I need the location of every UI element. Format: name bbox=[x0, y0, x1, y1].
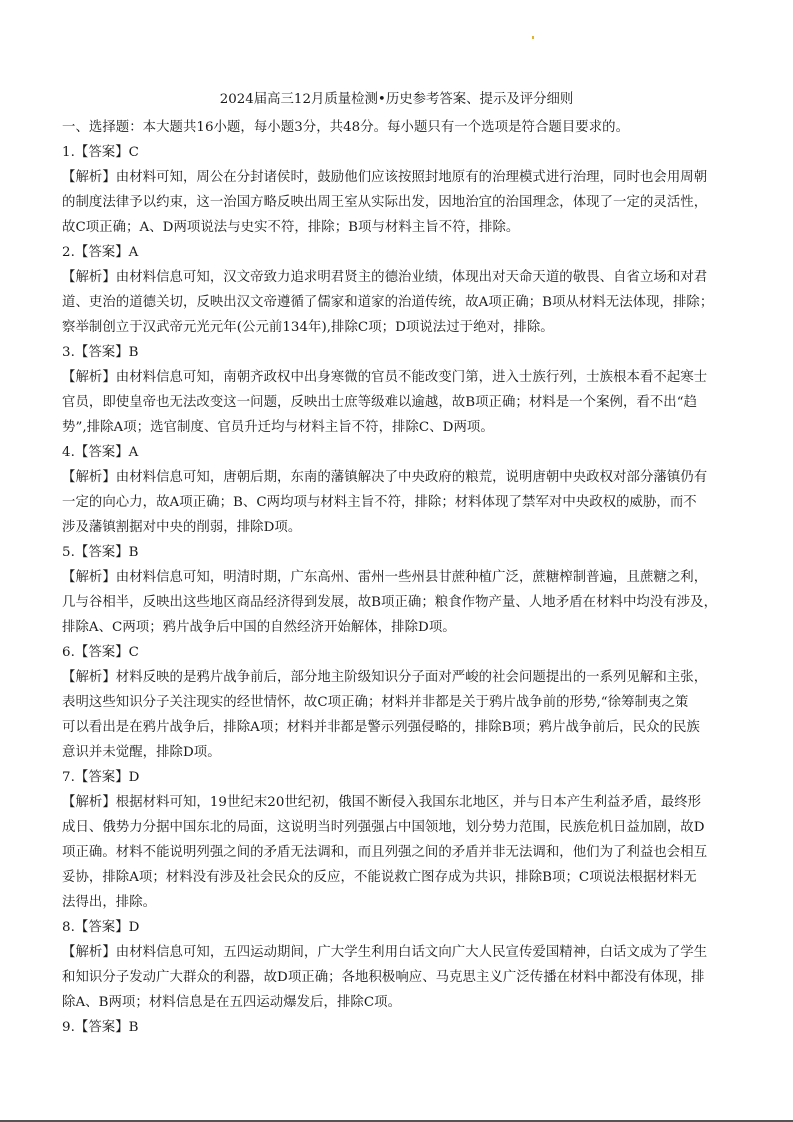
analysis-line: 表明这些知识分子关注现实的经世情怀，故C项正确；材料并非都是关于鸦片战争前的形势… bbox=[62, 690, 734, 715]
document-body: 一、选择题：本大题共16小题，每小题3分，共48分。每小题只有一个选项是符合题目… bbox=[62, 115, 734, 1040]
answer-label: 7.【答案】D bbox=[62, 765, 734, 790]
analysis-line: 除A、B两项；材料信息是在五四运动爆发后，排除C项。 bbox=[62, 990, 734, 1015]
section-header: 一、选择题：本大题共16小题，每小题3分，共48分。每小题只有一个选项是符合题目… bbox=[62, 115, 734, 140]
question-2: 2.【答案】A 【解析】由材料信息可知，汉文帝致力追求明君贤主的德治业绩，体现出… bbox=[62, 240, 734, 340]
question-8: 8.【答案】D 【解析】由材料信息可知，五四运动期间，广大学生利用白话文向广大人… bbox=[62, 915, 734, 1015]
answer-label: 6.【答案】C bbox=[62, 640, 734, 665]
answer-label: 4.【答案】A bbox=[62, 440, 734, 465]
analysis-line: 的制度法律予以约束，这一治国方略反映出周王室从实际出发，因地治宜的治国理念，体现… bbox=[62, 190, 734, 215]
analysis-line: 【解析】由材料信息可知，汉文帝致力追求明君贤主的德治业绩，体现出对天命天道的敬畏… bbox=[62, 265, 734, 290]
analysis-line: 察举制创立于汉武帝元光元年(公元前134年),排除C项；D项说法过于绝对，排除。 bbox=[62, 315, 734, 340]
question-9: 9.【答案】B bbox=[62, 1015, 734, 1040]
question-1: 1.【答案】C 【解析】由材料可知，周公在分封诸侯时，鼓励他们应该按照封地原有的… bbox=[62, 140, 734, 240]
document-title: 2024届高三12月质量检测•历史参考答案、提示及评分细则 bbox=[0, 91, 793, 109]
analysis-line: 官员，即使皇帝也无法改变这一问题，反映出士庶等级难以逾越，故B项正确；材料是一个… bbox=[62, 390, 734, 415]
question-5: 5.【答案】B 【解析】由材料信息可知，明清时期，广东高州、雷州一些州县甘蔗种植… bbox=[62, 540, 734, 640]
answer-label: 1.【答案】C bbox=[62, 140, 734, 165]
analysis-line: 【解析】由材料信息可知，明清时期，广东高州、雷州一些州县甘蔗种植广泛，蔗糖榨制普… bbox=[62, 565, 734, 590]
analysis-line: 成日、俄势力分据中国东北的局面，这说明当时列强强占中国领地，划分势力范围，民族危… bbox=[62, 815, 734, 840]
analysis-line: 可以看出是在鸦片战争后，排除A项；材料并非都是警示列强侵略的，排除B项；鸦片战争… bbox=[62, 715, 734, 740]
analysis-line: 【解析】由材料可知，周公在分封诸侯时，鼓励他们应该按照封地原有的治理模式进行治理… bbox=[62, 165, 734, 190]
analysis-line: 妥协，排除A项；材料没有涉及社会民众的反应，不能说救亡图存成为共识，排除B项；C… bbox=[62, 865, 734, 890]
answer-label: 3.【答案】B bbox=[62, 340, 734, 365]
analysis-line: 【解析】由材料信息可知，五四运动期间，广大学生利用白话文向广大人民宣传爱国精神，… bbox=[62, 940, 734, 965]
analysis-line: 一定的向心力，故A项正确；B、C两均项与材料主旨不符，排除；材料体现了禁军对中央… bbox=[62, 490, 734, 515]
analysis-line: 故C项正确；A、D两项说法与史实不符，排除；B项与材料主旨不符，排除。 bbox=[62, 215, 734, 240]
question-4: 4.【答案】A 【解析】由材料信息可知，唐朝后期，东南的藩镇解决了中央政府的粮荒… bbox=[62, 440, 734, 540]
analysis-line: 【解析】根据材料可知，19世纪末20世纪初，俄国不断侵入我国东北地区，并与日本产… bbox=[62, 790, 734, 815]
analysis-line: 【解析】由材料信息可知，唐朝后期，东南的藩镇解决了中央政府的粮荒，说明唐朝中央政… bbox=[62, 465, 734, 490]
analysis-line: 排除A、C两项；鸦片战争后中国的自然经济开始解体，排除D项。 bbox=[62, 615, 734, 640]
analysis-line: 涉及藩镇割据对中央的削弱，排除D项。 bbox=[62, 515, 734, 540]
answer-label: 2.【答案】A bbox=[62, 240, 734, 265]
question-6: 6.【答案】C 【解析】材料反映的是鸦片战争前后，部分地主阶级知识分子面对严峻的… bbox=[62, 640, 734, 765]
analysis-line: 几与谷相半，反映出这些地区商品经济得到发展，故B项正确；粮食作物产量、人地矛盾在… bbox=[62, 590, 734, 615]
analysis-line: 势”,排除A项；选官制度、官员升迁均与材料主旨不符，排除C、D两项。 bbox=[62, 415, 734, 440]
analysis-line: 意识并未觉醒，排除D项。 bbox=[62, 740, 734, 765]
document-page: 2024届高三12月质量检测•历史参考答案、提示及评分细则 一、选择题：本大题共… bbox=[0, 0, 793, 1122]
answer-label: 9.【答案】B bbox=[62, 1015, 734, 1040]
analysis-line: 法得出，排除。 bbox=[62, 890, 734, 915]
analysis-line: 项正确。材料不能说明列强之间的矛盾无法调和，而且列强之间的矛盾并非无法调和，他们… bbox=[62, 840, 734, 865]
decorative-dot bbox=[532, 36, 534, 39]
analysis-line: 【解析】由材料信息可知，南朝齐政权中出身寒微的官员不能改变门第，进入士族行列，士… bbox=[62, 365, 734, 390]
analysis-line: 和知识分子发动广大群众的利器，故D项正确；各地积极响应、马克思主义广泛传播在材料… bbox=[62, 965, 734, 990]
analysis-line: 【解析】材料反映的是鸦片战争前后，部分地主阶级知识分子面对严峻的社会问题提出的一… bbox=[62, 665, 734, 690]
question-3: 3.【答案】B 【解析】由材料信息可知，南朝齐政权中出身寒微的官员不能改变门第，… bbox=[62, 340, 734, 440]
analysis-line: 道、吏治的道德关切，反映出汉文帝遵循了儒家和道家的治道传统，故A项正确；B项从材… bbox=[62, 290, 734, 315]
question-7: 7.【答案】D 【解析】根据材料可知，19世纪末20世纪初，俄国不断侵入我国东北… bbox=[62, 765, 734, 915]
answer-label: 5.【答案】B bbox=[62, 540, 734, 565]
answer-label: 8.【答案】D bbox=[62, 915, 734, 940]
